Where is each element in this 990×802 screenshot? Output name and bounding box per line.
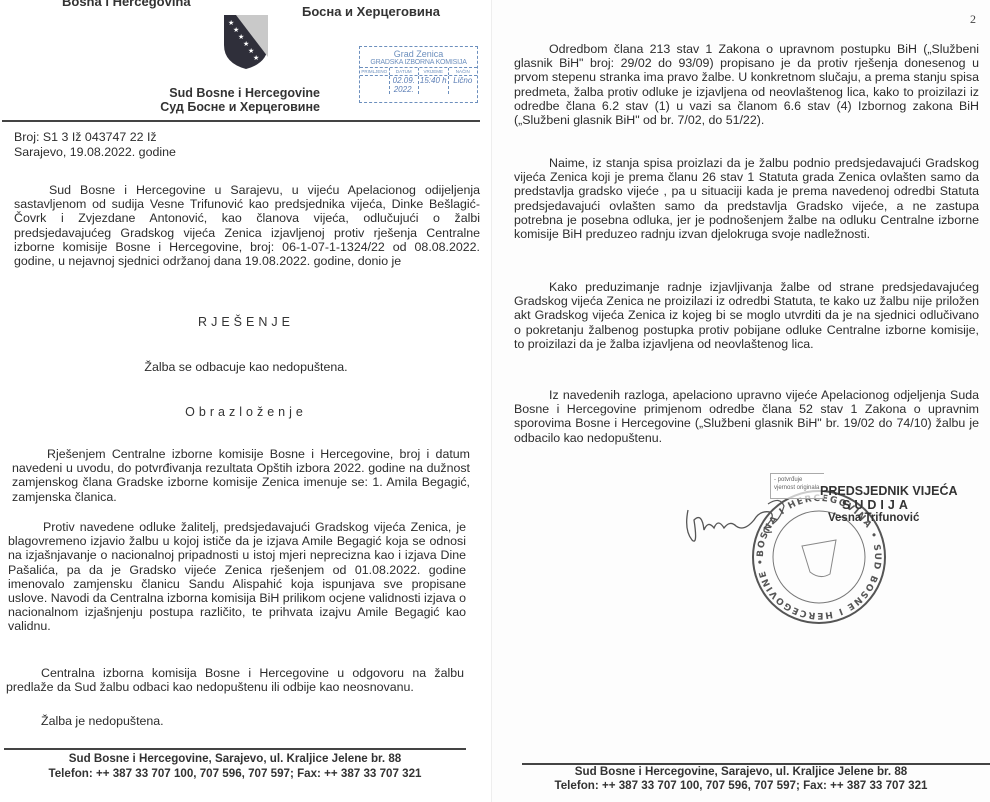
stamp-val-method: Lično: [449, 76, 478, 94]
header-country-latin: Bosna i Hercegovina: [62, 0, 191, 9]
footer-divider: [4, 748, 466, 750]
document-page-2: 2 Odredbom člana 213 stav 1 Zakona o upr…: [492, 0, 990, 802]
case-number: Broj: S1 3 Iž 043747 22 Iž: [14, 130, 157, 144]
page2-paragraph-1: Odredbom člana 213 stav 1 Zakona o uprav…: [514, 42, 979, 127]
signatory-name: Vesna Trifunović: [828, 512, 958, 524]
decision-heading: RJEŠENJE: [0, 315, 492, 329]
reasoning-paragraph-1: Rješenjem Centralne izborne komisije Bos…: [12, 447, 470, 504]
signatory-role: SUDIJA: [842, 498, 958, 512]
document-page-1: Bosna i Hercegovina Босна и Херцеговина …: [0, 0, 492, 802]
bih-coat-of-arms-icon: ★ ★ ★ ★ ★ ★: [222, 13, 270, 71]
reasoning-paragraph-2: Protiv navedene odluke žalitelj, predsje…: [8, 520, 466, 634]
place-date: Sarajevo, 19.08.2022. godine: [14, 145, 176, 159]
handwritten-signature: [680, 490, 790, 550]
page2-paragraph-2: Naime, iz stanja spisa proizlazi da je ž…: [514, 156, 979, 241]
signatory-title: PREDSJEDNIK VIJEĆA: [820, 484, 958, 498]
stamp-val-date: 02.09. 2022.: [390, 76, 420, 94]
stamp-col-received: PRIMLJENO: [360, 68, 390, 75]
page-number: 2: [970, 12, 976, 27]
page2-paragraph-3: Kako preduzimanje radnje izjavljivanja ž…: [514, 280, 979, 351]
footer-contact-2: Telefon: ++ 387 33 707 100, 707 596, 707…: [492, 779, 990, 792]
reasoning-heading: Obrazloženje: [0, 405, 492, 419]
signature-block: PREDSJEDNIK VIJEĆA SUDIJA Vesna Trifunov…: [820, 484, 958, 524]
header-country-cyrillic: Босна и Херцеговина: [302, 4, 440, 19]
stamp-col-method: NAČIN: [449, 68, 478, 75]
intro-paragraph: Sud Bosne i Hercegovine u Sarajevu, u vi…: [14, 183, 480, 268]
stamp-line-1: Grad Zenica: [360, 49, 477, 59]
page2-paragraph-4: Iz navedenih razloga, apelaciono upravno…: [514, 388, 979, 445]
decision-text: Žalba se odbacuje kao nedopuštena.: [0, 360, 492, 374]
stamp-col-time: VRIJEME: [419, 68, 449, 75]
reasoning-paragraph-3: Centralna izborna komisija Bosne i Herce…: [6, 666, 464, 694]
stamp-line-2: GRADSKA IZBORNA KOMISIJA: [360, 59, 477, 68]
header-divider: [2, 120, 480, 122]
svg-text:★: ★: [253, 54, 259, 62]
stamp-val-time: 15:40 h: [419, 76, 449, 94]
stamp-val-received: [360, 76, 390, 94]
court-name-latin: Sud Bosne i Hercegovine: [0, 86, 360, 100]
court-name-cyrillic: Суд Босне и Херцеговине: [0, 100, 360, 114]
footer-contact: Telefon: ++ 387 33 707 100, 707 596, 707…: [0, 767, 470, 780]
footer-address: Sud Bosne i Hercegovine, Sarajevo, ul. K…: [0, 752, 470, 765]
stamp-col-date: DATUM: [390, 68, 420, 75]
received-stamp: Grad Zenica GRADSKA IZBORNA KOMISIJA PRI…: [359, 46, 478, 103]
reasoning-paragraph-4: Žalba je nedopuštena.: [6, 714, 464, 728]
footer-address-2: Sud Bosne i Hercegovine, Sarajevo, ul. K…: [492, 765, 990, 778]
